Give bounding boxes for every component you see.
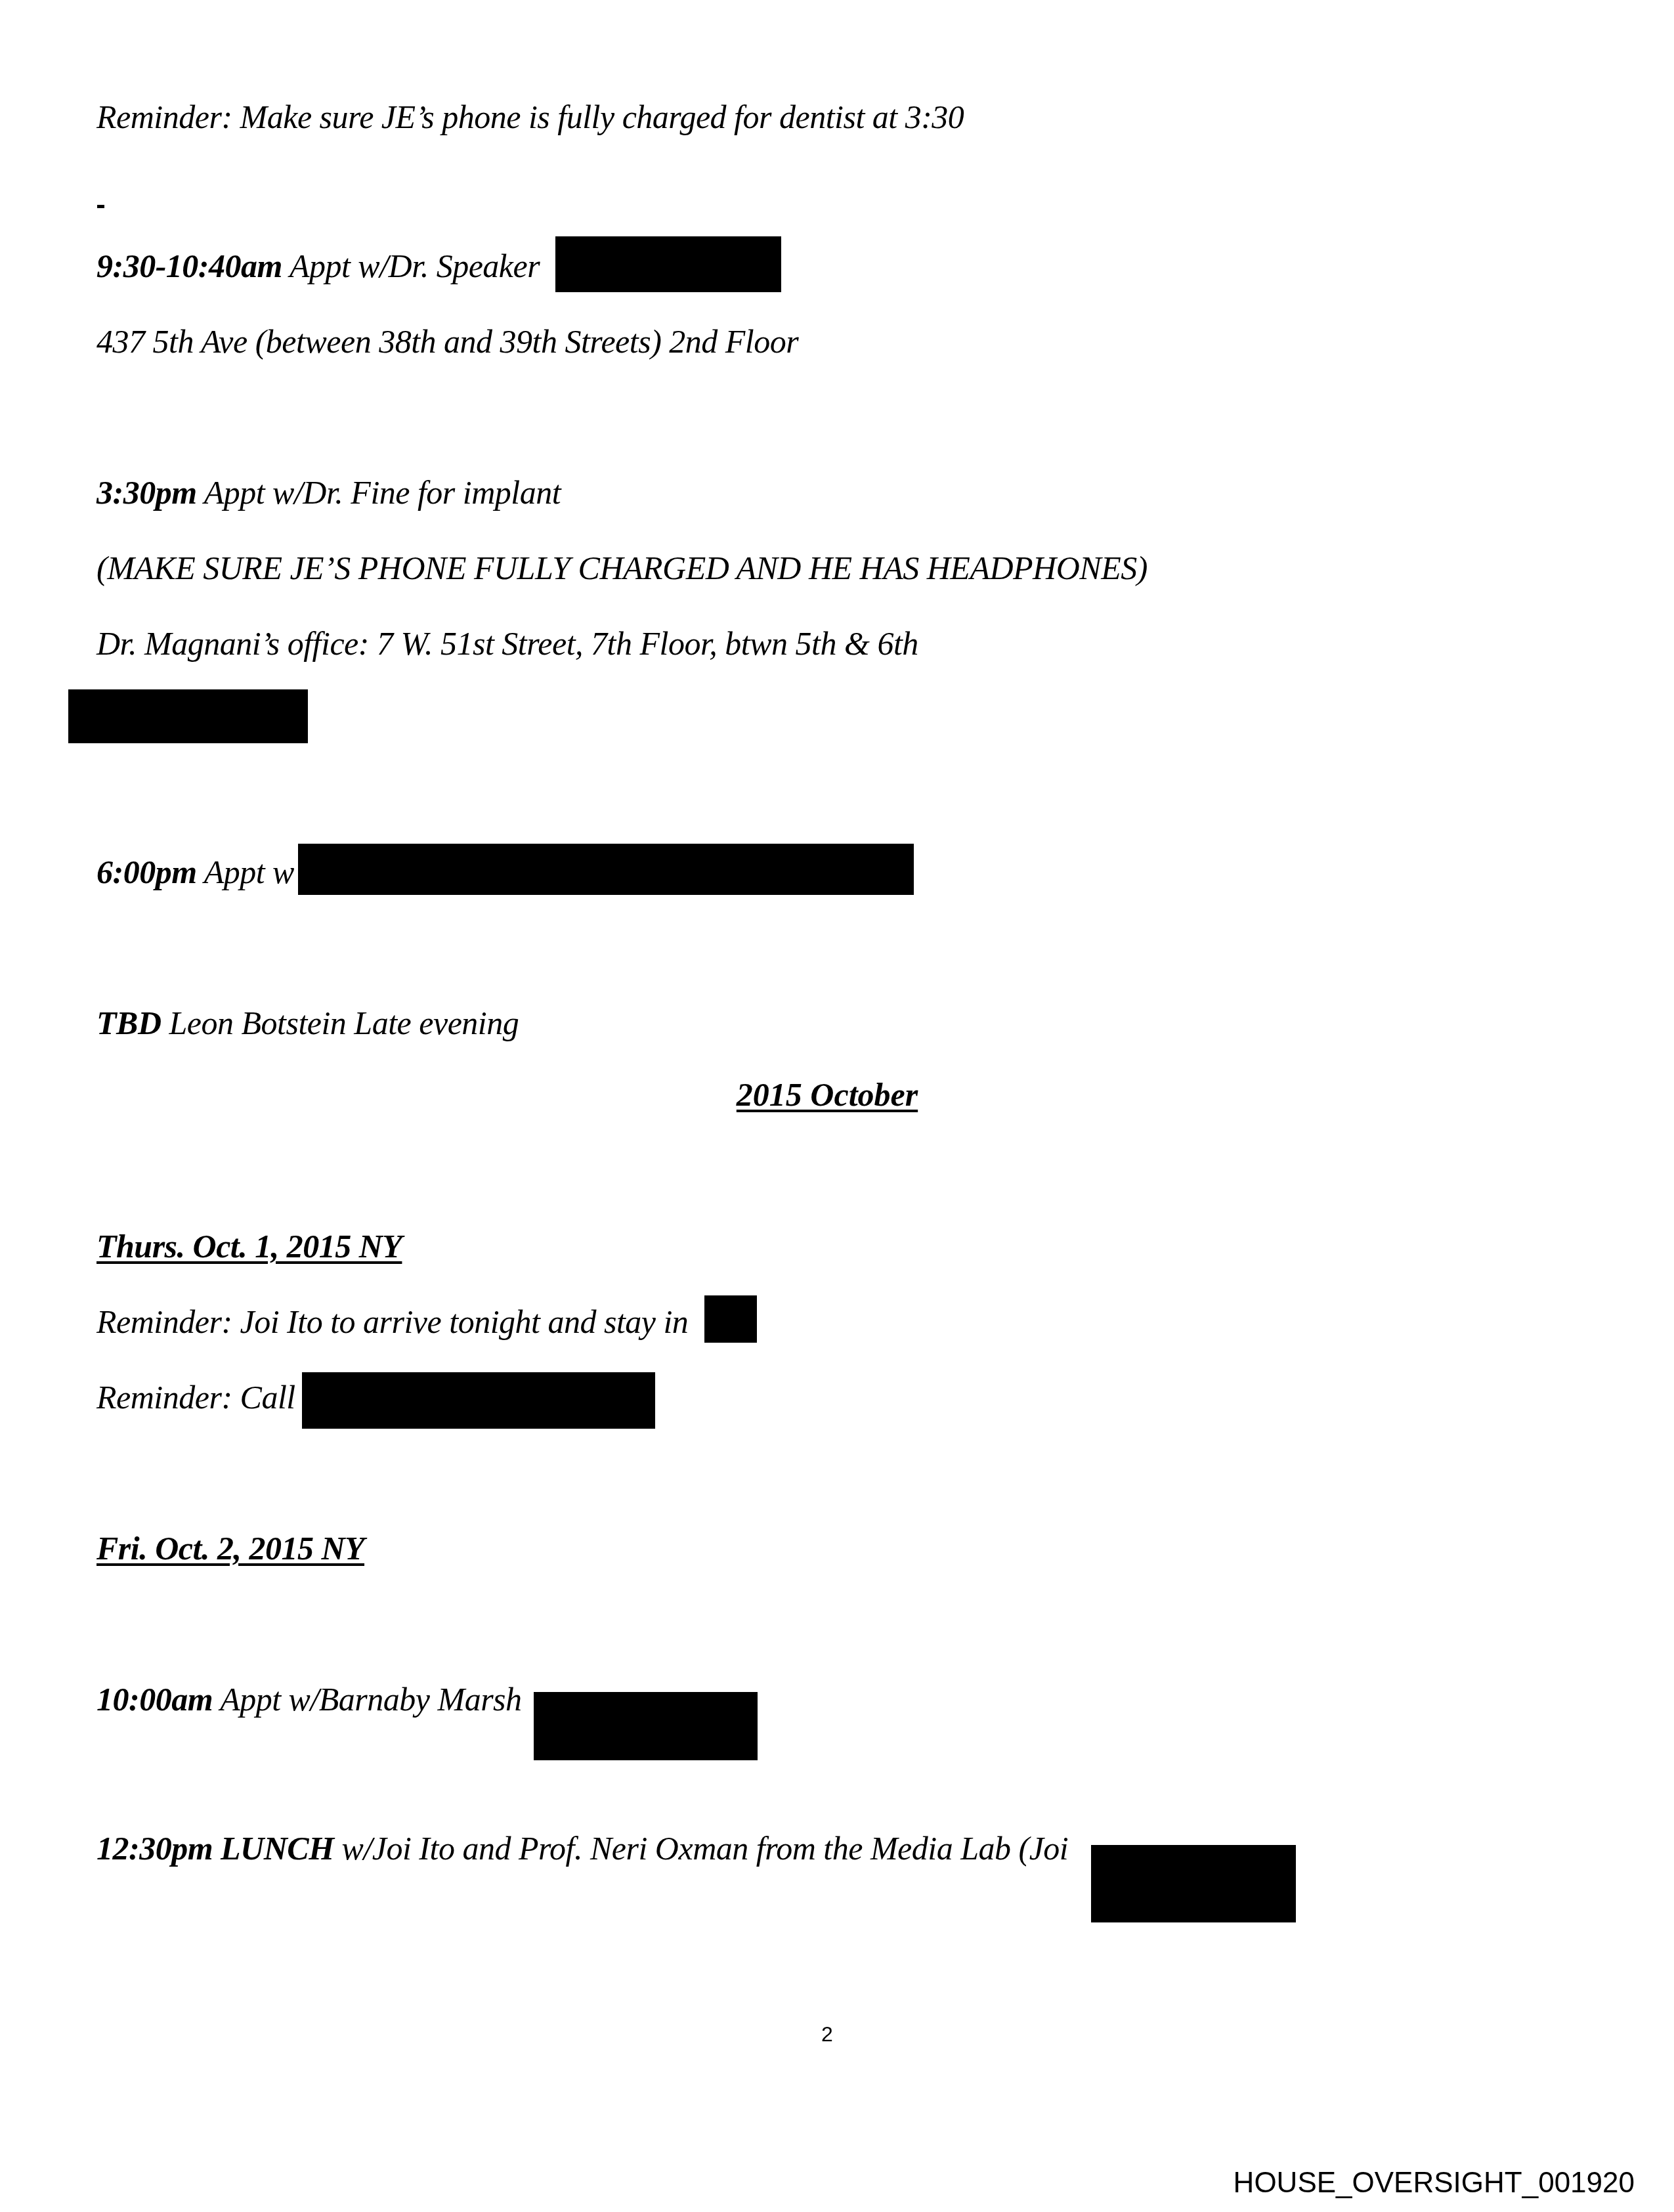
reminder-dentist-text: Reminder: Make sure JE’s phone is fully …: [97, 98, 964, 135]
reminder-call: Reminder: Call: [97, 1377, 295, 1417]
bates-number: HOUSE_OVERSIGHT_001920: [1234, 2167, 1635, 2200]
magnani-office: Dr. Magnani’s office: 7 W. 51st Street, …: [97, 624, 918, 663]
appt-description: Appt w/Dr. Speaker: [282, 248, 540, 284]
fine-note: (MAKE SURE JE’S PHONE FULLY CHARGED AND …: [97, 548, 1148, 588]
appt-fine: 3:30pm Appt w/Dr. Fine for implant: [97, 473, 561, 512]
stray-dash-mark: [97, 205, 104, 208]
note-text: (MAKE SURE JE’S PHONE FULLY CHARGED AND …: [97, 550, 1148, 586]
appt-time: 6:00pm: [97, 854, 197, 890]
page-number: 2: [0, 2021, 1654, 2047]
redaction-box: [68, 689, 308, 743]
tbd-label: TBD: [97, 1005, 161, 1041]
speaker-address: 437 5th Ave (between 38th and 39th Stree…: [97, 322, 798, 361]
appt-speaker: 9:30-10:40am Appt w/Dr. Speaker: [97, 246, 540, 286]
appt-time: 9:30-10:40am: [97, 248, 282, 284]
month-heading: 2015 October: [0, 1075, 1654, 1114]
day-heading-thurs: Thurs. Oct. 1, 2015 NY: [97, 1226, 402, 1266]
reminder-dentist: Reminder: Make sure JE’s phone is fully …: [97, 97, 964, 137]
reminder-text: Reminder: Joi Ito to arrive tonight and …: [97, 1303, 688, 1340]
appt-description: Appt w: [197, 854, 294, 890]
redaction-box: [298, 844, 914, 895]
appt-time: 10:00am: [97, 1681, 213, 1718]
lunch-time: 12:30pm LUNCH: [97, 1830, 334, 1867]
redaction-box: [302, 1372, 655, 1429]
redaction-box: [704, 1295, 757, 1343]
address-text: 437 5th Ave (between 38th and 39th Stree…: [97, 323, 798, 360]
lunch-joi-ito: 12:30pm LUNCH w/Joi Ito and Prof. Neri O…: [97, 1829, 1068, 1868]
office-text: Dr. Magnani’s office: 7 W. 51st Street, …: [97, 625, 918, 662]
appt-description: Appt w/Barnaby Marsh: [213, 1681, 522, 1718]
tbd-description: Leon Botstein Late evening: [161, 1005, 519, 1041]
redaction-box: [555, 236, 781, 292]
appt-barnaby-marsh: 10:00am Appt w/Barnaby Marsh: [97, 1680, 522, 1719]
day-heading-fri: Fri. Oct. 2, 2015 NY: [97, 1529, 364, 1568]
lunch-description: w/Joi Ito and Prof. Neri Oxman from the …: [334, 1830, 1069, 1867]
redaction-box: [534, 1692, 758, 1760]
appt-time: 3:30pm: [97, 474, 197, 511]
redaction-box: [1091, 1845, 1296, 1922]
reminder-joi-ito: Reminder: Joi Ito to arrive tonight and …: [97, 1302, 688, 1341]
reminder-text: Reminder: Call: [97, 1379, 295, 1416]
tbd-botstein: TBD Leon Botstein Late evening: [97, 1003, 519, 1043]
appt-description: Appt w/Dr. Fine for implant: [197, 474, 561, 511]
appt-6pm: 6:00pm Appt w: [97, 852, 294, 892]
